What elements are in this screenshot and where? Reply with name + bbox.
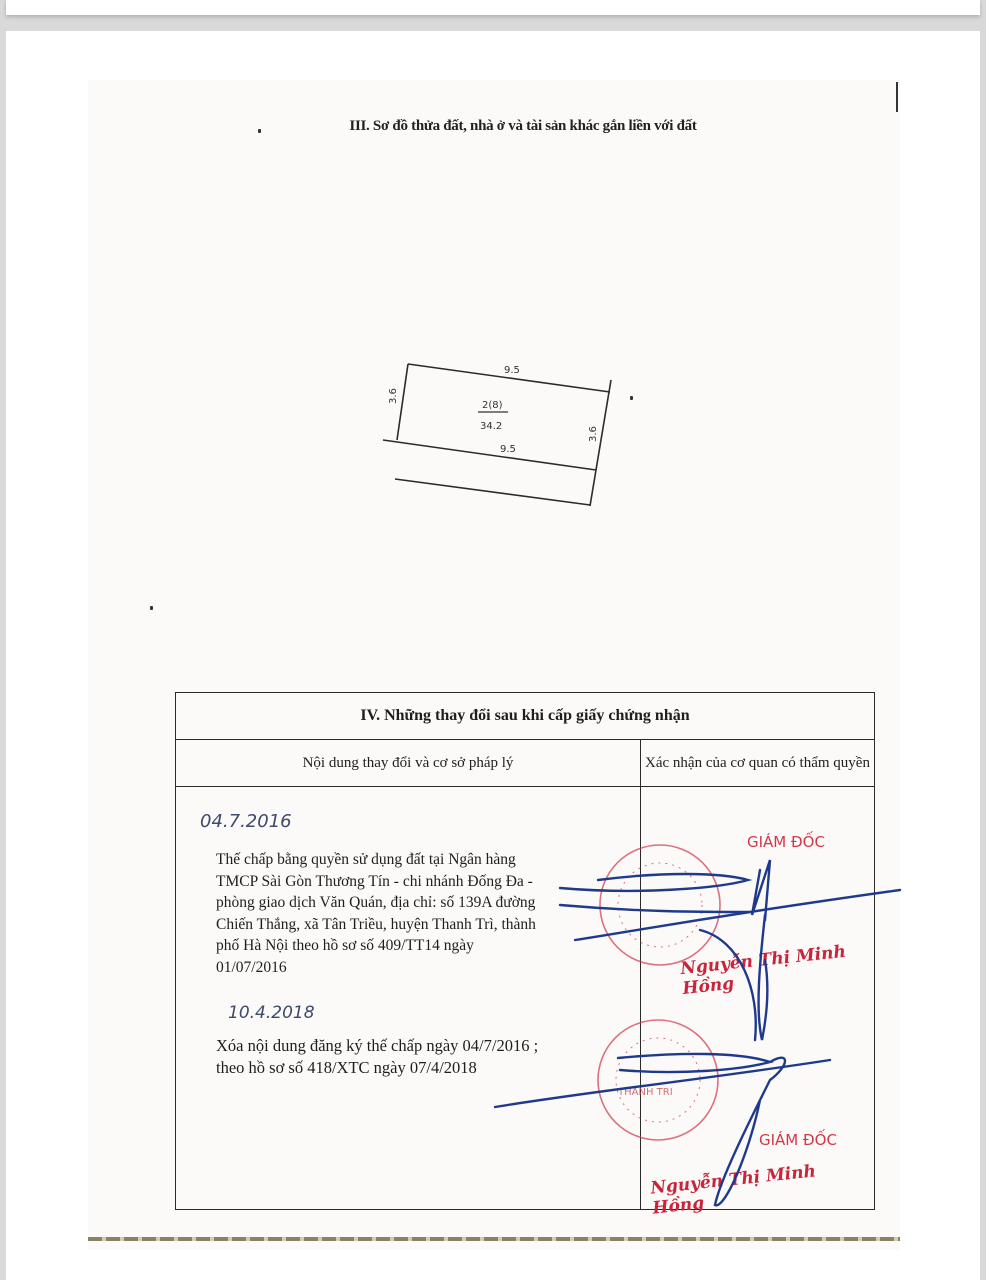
stamps-and-signatures: THANH TRI (0, 0, 986, 1280)
page-bottom-border (88, 1237, 900, 1241)
signature-icon (495, 860, 900, 1205)
